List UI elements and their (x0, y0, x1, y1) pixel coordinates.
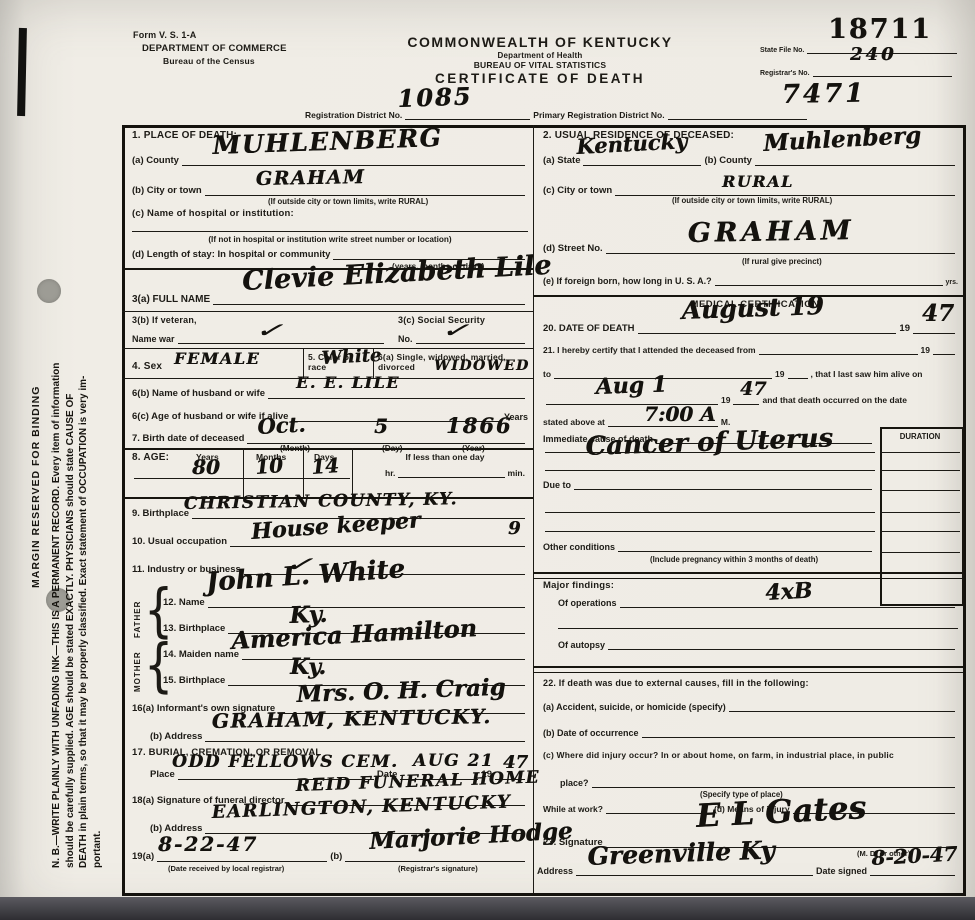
age-years-value: 80 (192, 455, 220, 479)
findings-rule (558, 628, 958, 629)
operations-label: Of operations (558, 598, 617, 608)
pod-city-value: Graham (256, 166, 366, 190)
pod-hospital-line (132, 231, 528, 232)
father-name-line (208, 605, 525, 608)
accident-row: (a) Accident, suicide, or homicide (spec… (543, 698, 958, 712)
pod-county-label: (a) County (132, 155, 179, 166)
spouse-label: 6(b) Name of husband or wife (132, 388, 265, 399)
age-divider (303, 448, 304, 497)
certify-year-line-2 (788, 376, 808, 379)
spouse-line (268, 396, 525, 399)
department-of-health: Department of Health (360, 51, 720, 60)
registrar-sig-line (345, 859, 525, 862)
reg-district-line (405, 117, 530, 120)
sex-label: 4. Sex (132, 361, 162, 372)
pod-city-label: (b) City or town (132, 185, 202, 196)
occupation-extra-mark: 9 (508, 518, 521, 539)
age-months-value: 10 (254, 453, 283, 479)
accident-label: (a) Accident, suicide, or homicide (spec… (543, 702, 726, 712)
mother-name-line (242, 657, 525, 660)
autopsy-line (608, 647, 955, 650)
occupation-label: 10. Usual occupation (132, 536, 227, 547)
form-number: Form V. S. 1-A (133, 30, 196, 40)
birth-month-value: Oct. (257, 412, 306, 439)
veteran-war-label: Name war (132, 334, 175, 344)
duration-rule (880, 470, 960, 471)
injury-place-label: place? (560, 778, 589, 788)
cause-rule (545, 470, 875, 471)
reg-district-label: Registration District No. (305, 110, 402, 120)
date-signed-line (870, 873, 955, 876)
informant-addr-line (205, 739, 525, 742)
certify-row-1: 21. I hereby certify that I attended the… (543, 342, 958, 355)
age-days-value: 14 (310, 453, 339, 479)
injury-where-label: (c) Where did injury occur? In or about … (543, 750, 958, 761)
margin-note-line: should be carefully supplied. AGE should… (64, 56, 78, 868)
major-findings-label: Major findings: (543, 580, 614, 591)
residence-county-line (755, 163, 955, 166)
other-conditions-row: Other conditions (543, 538, 875, 552)
duration-rule (880, 531, 960, 532)
residence-street-line (606, 251, 955, 254)
ssn-no-label: No. (398, 334, 413, 344)
operations-row: Of operations (558, 594, 958, 608)
autopsy-row: Of autopsy (558, 636, 958, 650)
cause-rule (545, 512, 875, 513)
primary-district-number: 7471 (781, 79, 866, 110)
cause-rule (545, 531, 875, 532)
dod-year-line (913, 331, 955, 334)
duration-rule (880, 452, 960, 453)
state-file-label: State File No. (760, 47, 804, 54)
double-rule (533, 572, 963, 579)
external-title: 22. If death was due to external causes,… (543, 678, 809, 688)
residence-state-line (583, 163, 701, 166)
registrar-no-row: Registrar's No. (760, 63, 955, 77)
death-time-value: 7:00 A (644, 402, 716, 426)
registrar-number: 240 (850, 44, 897, 65)
pod-stay-label: (d) Length of stay: In hospital or commu… (132, 249, 330, 260)
margin-note: N. B.—WRITE PLAINLY WITH UNFADING INK—TH… (50, 56, 104, 868)
mother-name-label: 14. Maiden name (163, 649, 239, 660)
other-conditions-line (618, 549, 872, 552)
margin-note-line: N. B.—WRITE PLAINLY WITH UNFADING INK—TH… (50, 56, 64, 868)
registrar-sig-prefix: (b) (330, 851, 342, 862)
occurrence-date-row: (b) Date of occurrence (543, 724, 958, 738)
pod-city-note: (If outside city or town limits, write R… (268, 197, 428, 206)
date-of-death-line (638, 331, 897, 334)
duration-label: DURATION (880, 432, 960, 441)
duration-rule (880, 552, 960, 553)
certify-line4: stated above at (543, 417, 605, 427)
birth-day-value: 5 (374, 414, 388, 438)
age-divider (352, 448, 353, 497)
due-to-line (574, 487, 872, 490)
operations-line (620, 605, 955, 608)
burial-place-value: Odd Fellows Cem. (172, 752, 398, 772)
residence-foreign-line (715, 283, 943, 286)
full-name-label: 3(a) FULL NAME (132, 294, 210, 305)
veteran-war-line (178, 341, 384, 344)
date-of-death-value: August 19 (681, 291, 824, 325)
age-hr-label: hr. (385, 468, 395, 478)
margin-note-line: DEATH in plain terms, so that it may be … (77, 56, 91, 868)
residence-foreign-label: (e) If foreign born, how long in U. S. A… (543, 276, 712, 286)
burial-date-value: Aug 21 (413, 751, 494, 771)
physician-addr-label: Address (537, 866, 573, 876)
reg-district-number: 1085 (397, 81, 473, 113)
age-divider (243, 448, 244, 497)
sex-value: Female (174, 349, 260, 368)
spouse-value: E. E. Lile (296, 373, 400, 392)
certify-year-prefix-3: 19 (721, 395, 730, 405)
birthplace-label: 9. Birthplace (132, 508, 189, 519)
age-min-label: min. (508, 468, 525, 478)
registration-district-row: Registration District No. Primary Regist… (305, 106, 810, 120)
death-certificate-scan: MARGIN RESERVED FOR BINDING N. B.—WRITE … (0, 0, 975, 920)
pod-city-line (205, 193, 525, 196)
veteran-label: 3(b) If veteran, (132, 315, 197, 325)
last-seen-value: Aug 1 (595, 372, 667, 400)
certify-year-line-1 (933, 352, 955, 355)
margin-note-line: portant. (91, 56, 105, 868)
full-name-line (213, 302, 525, 305)
birth-year-value: 1866 (446, 413, 512, 438)
duration-rule (880, 512, 960, 513)
age-hr-line (398, 475, 504, 478)
bureau-vital-statistics: BUREAU OF VITAL STATISTICS (360, 60, 720, 70)
certify-to-label: to (543, 369, 551, 379)
age-label: 8. AGE: (132, 452, 169, 463)
registrar-no-label: Registrar's No. (760, 70, 810, 77)
duration-rule (880, 490, 960, 491)
primary-district-line (668, 117, 807, 120)
dod-year-value: 47 (922, 300, 954, 327)
occurrence-date-line (642, 735, 955, 738)
binding-margin-label: MARGIN RESERVED FOR BINDING (30, 386, 44, 588)
residence-city-label: (c) City or town (543, 185, 612, 196)
informant-addr-label: (b) Address (150, 731, 202, 742)
due-to-row: Due to (543, 476, 875, 490)
occurrence-date-label: (b) Date of occurrence (543, 728, 639, 738)
residence-street-note: (If rural give precinct) (742, 257, 822, 266)
at-work-label: While at work? (543, 804, 603, 814)
other-conditions-note: (Include pregnancy within 3 months of de… (650, 555, 818, 564)
age-less-label: If less than one day (360, 452, 530, 462)
age-hr-min-row: hr.min. (385, 466, 525, 478)
duration-box (880, 427, 964, 606)
certify-year-prefix-1: 19 (921, 345, 930, 355)
operations-value: 4xB (765, 578, 813, 606)
date-signed-label: Date signed (816, 866, 867, 876)
certify-line3-tail: and that death occurred on the date (762, 395, 907, 405)
pod-hospital-label: (c) Name of hospital or institution: (132, 208, 294, 219)
injury-place-line (592, 785, 955, 788)
date-of-death-label: 20. DATE OF DEATH (543, 323, 635, 334)
residence-foreign-unit: yrs. (946, 279, 958, 286)
birth-date-label: 7. Birth date of deceased (132, 433, 244, 444)
received-label: 19(a) (132, 851, 154, 862)
commonwealth-title: COMMONWEALTH OF KENTUCKY (360, 34, 720, 50)
bureau-of-census: Bureau of the Census (163, 56, 255, 66)
date-signed-value: 8-20-47 (871, 842, 958, 870)
last-seen-year-line (733, 402, 759, 405)
father-group-label: FATHER (133, 601, 142, 638)
residence-street-label: (d) Street No. (543, 243, 603, 254)
pod-hospital-note: (If not in hospital or institution write… (150, 235, 510, 244)
residence-foreign-row: (e) If foreign born, how long in U. S. A… (543, 272, 958, 286)
residence-county-label: (b) County (704, 155, 752, 166)
age-value-line (134, 478, 350, 479)
dod-year-prefix: 19 (899, 323, 910, 334)
registrar-sig-note: (Registrar's signature) (398, 864, 478, 873)
autopsy-label: Of autopsy (558, 640, 605, 650)
mother-brace: { (144, 631, 173, 699)
residence-state-label: (a) State (543, 155, 580, 166)
scan-mark (17, 28, 27, 116)
received-line (157, 859, 327, 862)
primary-district-label: Primary Registration District No. (533, 110, 664, 120)
informant-addr-value: Graham, Kentucky. (212, 704, 492, 733)
double-rule (533, 666, 963, 673)
due-to-label: Due to (543, 480, 571, 490)
certify-line1: 21. I hereby certify that I attended the… (543, 345, 756, 355)
scan-edge-shadow (0, 897, 975, 920)
father-name-label: 12. Name (163, 597, 205, 608)
mother-birthplace-label: 15. Birthplace (163, 675, 225, 686)
marital-value: Widowed (434, 358, 530, 374)
injury-place-row: place? (560, 774, 958, 788)
ssn-no-line (416, 341, 526, 344)
certify-line2-tail: , that I last saw him alive on (811, 369, 923, 379)
department-of-commerce: DEPARTMENT OF COMMERCE (142, 43, 287, 54)
mother-group-label: MOTHER (133, 651, 142, 692)
mother-birthplace-value: Ky. (290, 654, 326, 680)
section-rule (122, 448, 533, 450)
row-rule (122, 311, 533, 312)
certify-year-prefix-2: 19 (775, 369, 784, 379)
last-seen-year-value: 47 (740, 378, 766, 400)
time-suffix: M. (721, 417, 730, 427)
received-value: 8-22-47 (158, 832, 258, 856)
residence-city-value: Rural (722, 172, 794, 191)
received-note: (Date received by local registrar) (168, 864, 284, 873)
accident-line (729, 709, 955, 712)
residence-street-value: Graham (687, 215, 854, 249)
other-conditions-label: Other conditions (543, 542, 615, 552)
state-file-number: 18711 (828, 14, 932, 45)
certify-from-line (759, 352, 918, 355)
registrar-no-line (813, 74, 952, 77)
residence-city-note: (If outside city or town limits, write R… (672, 196, 832, 205)
occupation-line (230, 544, 525, 547)
physician-addr-line (576, 873, 813, 876)
